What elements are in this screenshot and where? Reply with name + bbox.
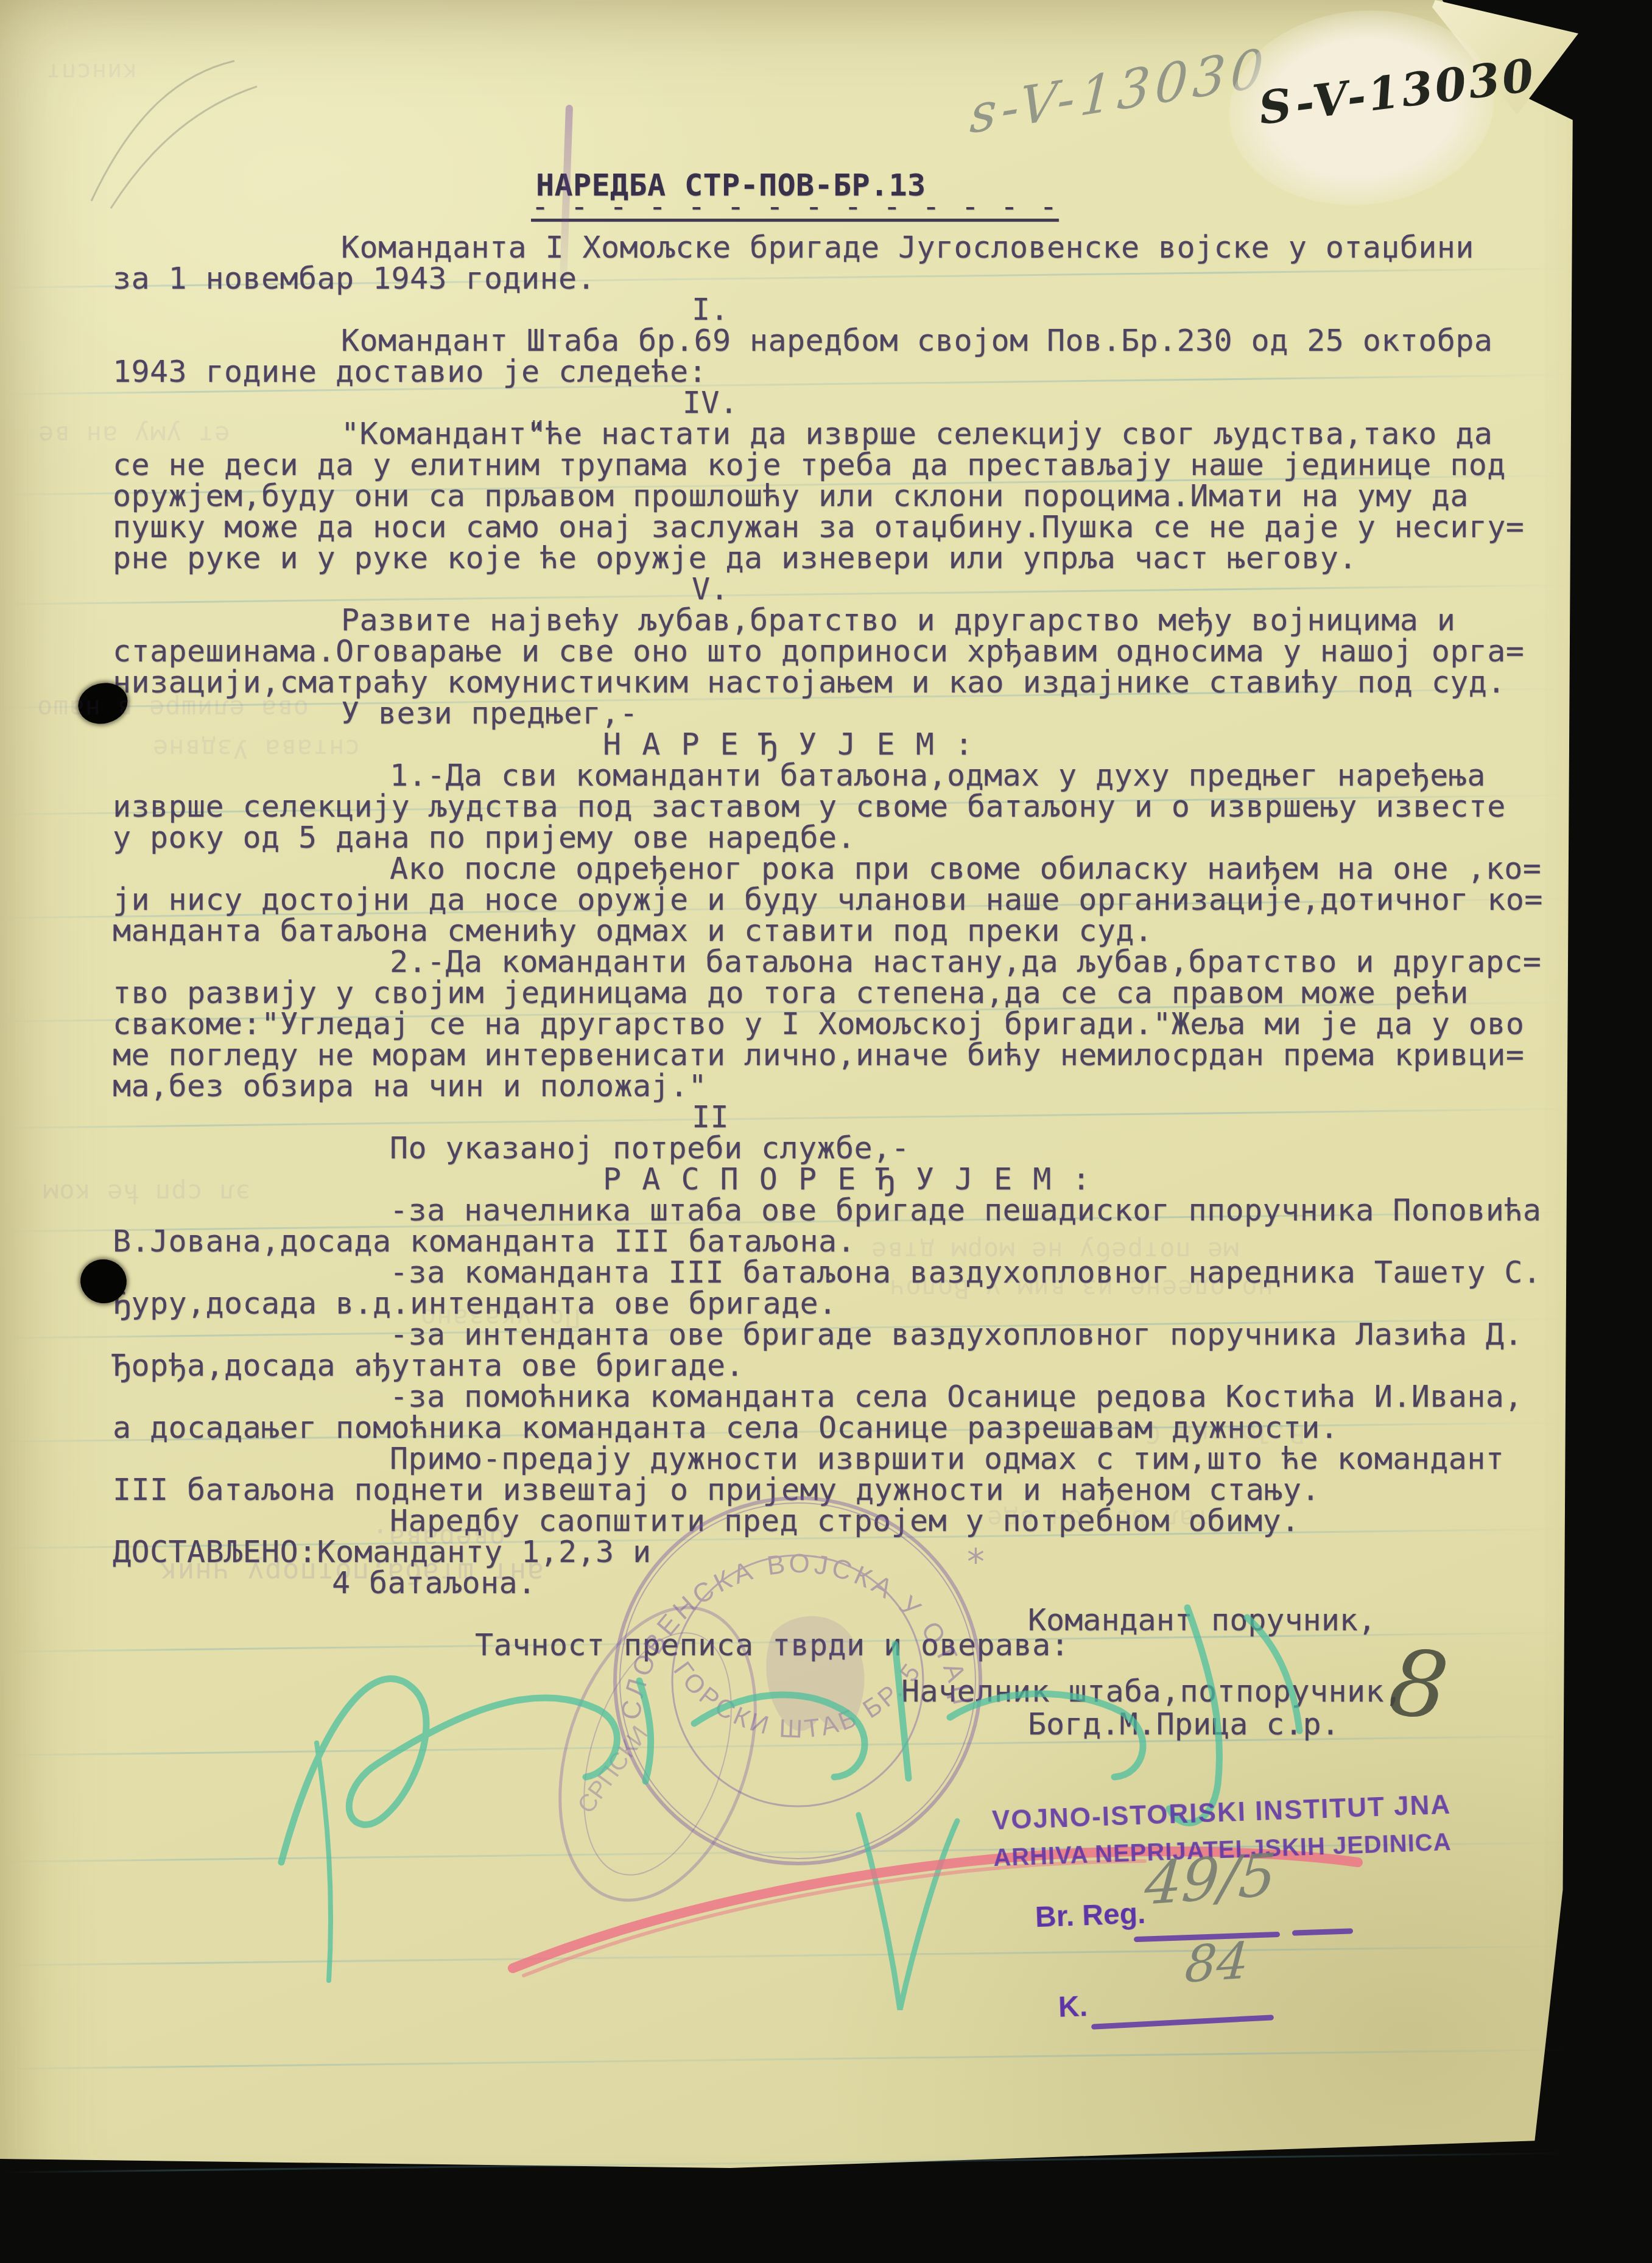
ghost-text-fragment: эл срп ће ком <box>43 1178 251 1208</box>
document-line: Ако после одређеног рока при своме обила… <box>0 853 1652 884</box>
document-line: II <box>0 1102 1652 1133</box>
typed-text-body: НАРЕДБА СТР-ПОВ-БР.13- - - - - - - - - -… <box>0 170 1652 1723</box>
document-line: V. <box>0 574 1652 605</box>
document-line: "Командант"ће настати да изврше селекциј… <box>0 418 1652 449</box>
ghost-text-fragment: В.Јована С <box>1145 1419 1305 1449</box>
ghost-text-fragment: ет уму ан ве <box>38 420 230 450</box>
k-label: K. <box>1058 1990 1088 2024</box>
ghost-text-fragment: снтава Уздвне <box>152 734 360 764</box>
document-line: IV. <box>0 387 1652 418</box>
document-line: По указаној потреби службе,- <box>0 1133 1652 1164</box>
ghost-text-fragment: тал 88- он вде <box>986 1504 1211 1534</box>
document-line: -за помоћника команданта села Осанице ре… <box>0 1381 1652 1412</box>
document-line: манданта батаљона сменићу одмах и ставит… <box>0 915 1652 946</box>
document-line: Наредбу саопштити пред стројем у потребн… <box>0 1505 1652 1536</box>
typed-correction-mark: и <box>531 413 543 437</box>
document-line: Командант Штаба бр.69 наредбом својом По… <box>0 325 1652 356</box>
ghost-text-fragment: но одеене из вим у Волоч <box>889 1274 1273 1304</box>
document-line: пушку може да носи само онај заслужан за… <box>0 512 1652 543</box>
ghost-text-fragment: По указано <box>420 1303 580 1333</box>
document-line <box>0 1599 1652 1630</box>
document-line: ме погледу не морам интервенисати лично,… <box>0 1040 1652 1071</box>
ghost-text-fragment: ова елишре в нашо <box>37 694 309 724</box>
document-line: тво развију у својим јединицама до тога … <box>0 977 1652 1008</box>
document-line: се не деси да у елитним трупама које тре… <box>0 449 1652 480</box>
document-line: ји нису достојни да носе оружје и буду ч… <box>0 884 1652 915</box>
document-line: III батаљона поднети извештај о пријему … <box>0 1474 1652 1505</box>
document-line: Ђорђа,досада ађутанта ове бригаде. <box>0 1350 1652 1381</box>
document-line: свакоме:"Угледај се на другарство у I Хо… <box>0 1008 1652 1040</box>
document-line: у року од 5 дана по пријему ове наредбе. <box>0 822 1652 853</box>
document-line: I. <box>0 294 1652 325</box>
signature-block: Командант поручник, Богд.М.Прица с.р. <box>1028 1533 1376 1811</box>
document-line: -за команданта III батаљона ваздухопловн… <box>0 1257 1652 1288</box>
br-reg-label: Br. Reg. <box>1035 1897 1146 1934</box>
document-line: -за интенданта ове бригаде ваздухопловно… <box>0 1319 1652 1350</box>
document-line: 1943 године доставио је следеће: <box>0 356 1652 387</box>
ghost-text-fragment: оверава. <box>371 1522 505 1554</box>
ghost-text-fragment: ме потребу не морм дтве <box>871 1236 1239 1266</box>
document-line: Развите највећу љубав,братство и другарс… <box>0 605 1652 636</box>
document-line: 1.-Да сви команданти батаљона,одмах у ду… <box>0 760 1652 791</box>
document-line: В.Јована,досада команданта III батаљона. <box>0 1226 1652 1257</box>
document-line: рне руке и у руке које ће оружје да изне… <box>0 543 1652 574</box>
ghost-text-fragment: кинспт <box>46 58 138 86</box>
document-line: Примо-предају дужности извршити одмах с … <box>0 1443 1652 1474</box>
document-line: оружјем,буду они са прљавом прошлошћу ил… <box>0 480 1652 512</box>
document-line: ма,без обзира на чин и положај." <box>0 1071 1652 1102</box>
handwritten-reg-number: 49/5 <box>1142 1840 1278 1918</box>
document-line: Команданта I Хомољске бригаде Југословен… <box>0 232 1652 263</box>
commander-title: Командант поручник, <box>1028 1603 1376 1638</box>
document-line: а досадањег помоћника команданта села Ос… <box>0 1412 1652 1443</box>
document-line: 2.-Да команданти батаљона настану,да љуб… <box>0 946 1652 977</box>
ghost-text-fragment: ант штаба,потпору чник <box>160 1557 544 1589</box>
document-line: изврше селекцију људства под заставом у … <box>0 791 1652 822</box>
scanned-document-page: НАРЕДБА СТР-ПОВ-БР.13- - - - - - - - - -… <box>0 0 1652 2263</box>
document-line: старешинама.Оговарање и све оно што допр… <box>0 636 1652 667</box>
document-line: низацији,сматраћу комунистичким настојањ… <box>0 667 1652 698</box>
document-line: Ђуру,досада в.д.интенданта ове бригаде. <box>0 1288 1652 1319</box>
document-line: за 1 новембар 1943 године. <box>0 263 1652 294</box>
pen-number-mark: 8 <box>1384 1629 1453 1740</box>
commander-name: Богд.М.Прица с.р. <box>1028 1707 1376 1742</box>
handwritten-reg-number2: 84 <box>1183 1932 1251 1994</box>
